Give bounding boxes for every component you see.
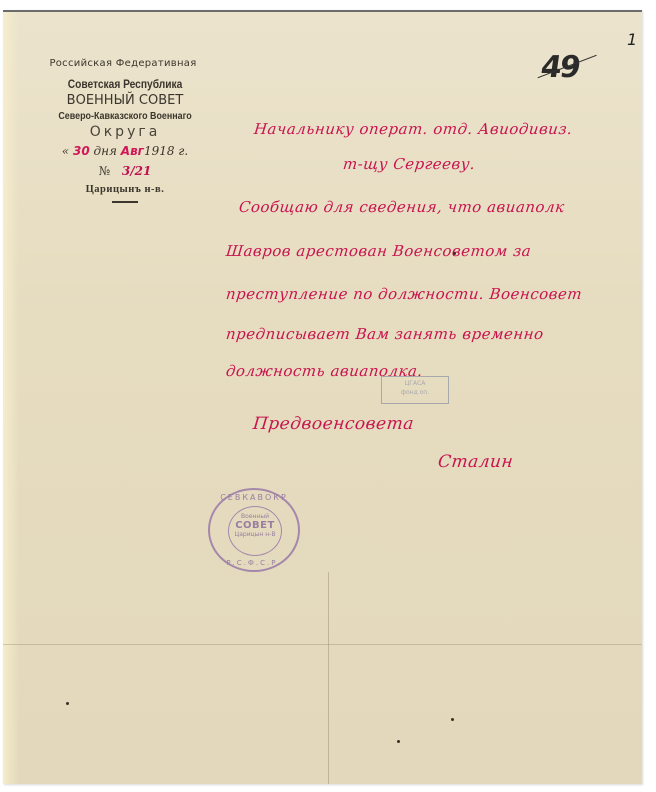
letterhead-rule: [112, 201, 138, 203]
letterhead-federation: Российская Федеративная: [21, 58, 225, 69]
seal-ring-top: СЕВКАВОКР: [210, 493, 298, 502]
seal-center: Военный СОВЕТ Царицын н-В: [228, 506, 282, 556]
number-label: №: [99, 164, 110, 178]
signature-name: Сталин: [437, 452, 514, 472]
number-value: 3/21: [122, 164, 151, 178]
date-day-label: дня: [94, 144, 117, 158]
seal-center-line2: СОВЕТ: [229, 520, 281, 531]
body-line-addressee-name: т-щу Сергееву.: [342, 155, 476, 173]
date-year: 1918 г.: [144, 144, 188, 158]
folio-number: 1: [627, 30, 637, 49]
body-line-3: Сообщаю для сведения, что авиаполк: [238, 198, 566, 216]
date-month: Авг: [121, 144, 144, 158]
paper-spot: [451, 718, 454, 721]
fold-line-vertical: [328, 572, 329, 784]
date-day: 30: [73, 144, 90, 158]
signature-title: Предвоенсовета: [252, 414, 415, 434]
document-sheet: Российская Федеративная Советская Респуб…: [3, 10, 642, 784]
letterhead-number: № 3/21: [25, 164, 225, 178]
letterhead-republic: Советская Республика: [40, 77, 210, 91]
archive-stamp: ЦГАСА фонд оп.: [381, 376, 449, 404]
letterhead-date: « 30 дня Авг1918 г.: [25, 144, 225, 158]
seal-center-line1: Военный: [229, 513, 281, 520]
body-line-5: преступление по должности. Военсовет: [225, 285, 583, 303]
archive-number: 49: [539, 50, 582, 85]
date-prefix: «: [62, 144, 69, 158]
seal-ring-bottom: Р.С.Ф.С.Р.: [210, 559, 298, 567]
paper-spot: [397, 740, 400, 743]
seal-center-line3: Царицын н-В: [229, 531, 281, 538]
official-seal: СЕВКАВОКР Военный СОВЕТ Царицын н-В Р.С.…: [208, 488, 300, 572]
letterhead-okruga: Округа: [25, 124, 225, 140]
letterhead: Российская Федеративная Советская Респуб…: [25, 58, 225, 203]
letterhead-city: Царицынъ н-в.: [25, 184, 225, 195]
paper-spot: [453, 252, 456, 255]
letterhead-district: Северо-Кавказского Военнаго: [40, 110, 210, 122]
body-line-addressee: Начальнику операт. отд. Авиодивиз.: [253, 120, 573, 138]
archive-stamp-line2: фонд оп.: [382, 388, 448, 397]
body-line-4: Шавров арестован Военсоветом за: [225, 242, 532, 260]
fold-line-horizontal: [3, 644, 642, 645]
letterhead-council: ВОЕННЫЙ СОВЕТ: [25, 93, 225, 108]
body-line-6: предписывает Вам занять временно: [225, 325, 545, 343]
paper-spot: [66, 702, 69, 705]
archive-stamp-line1: ЦГАСА: [382, 379, 448, 388]
